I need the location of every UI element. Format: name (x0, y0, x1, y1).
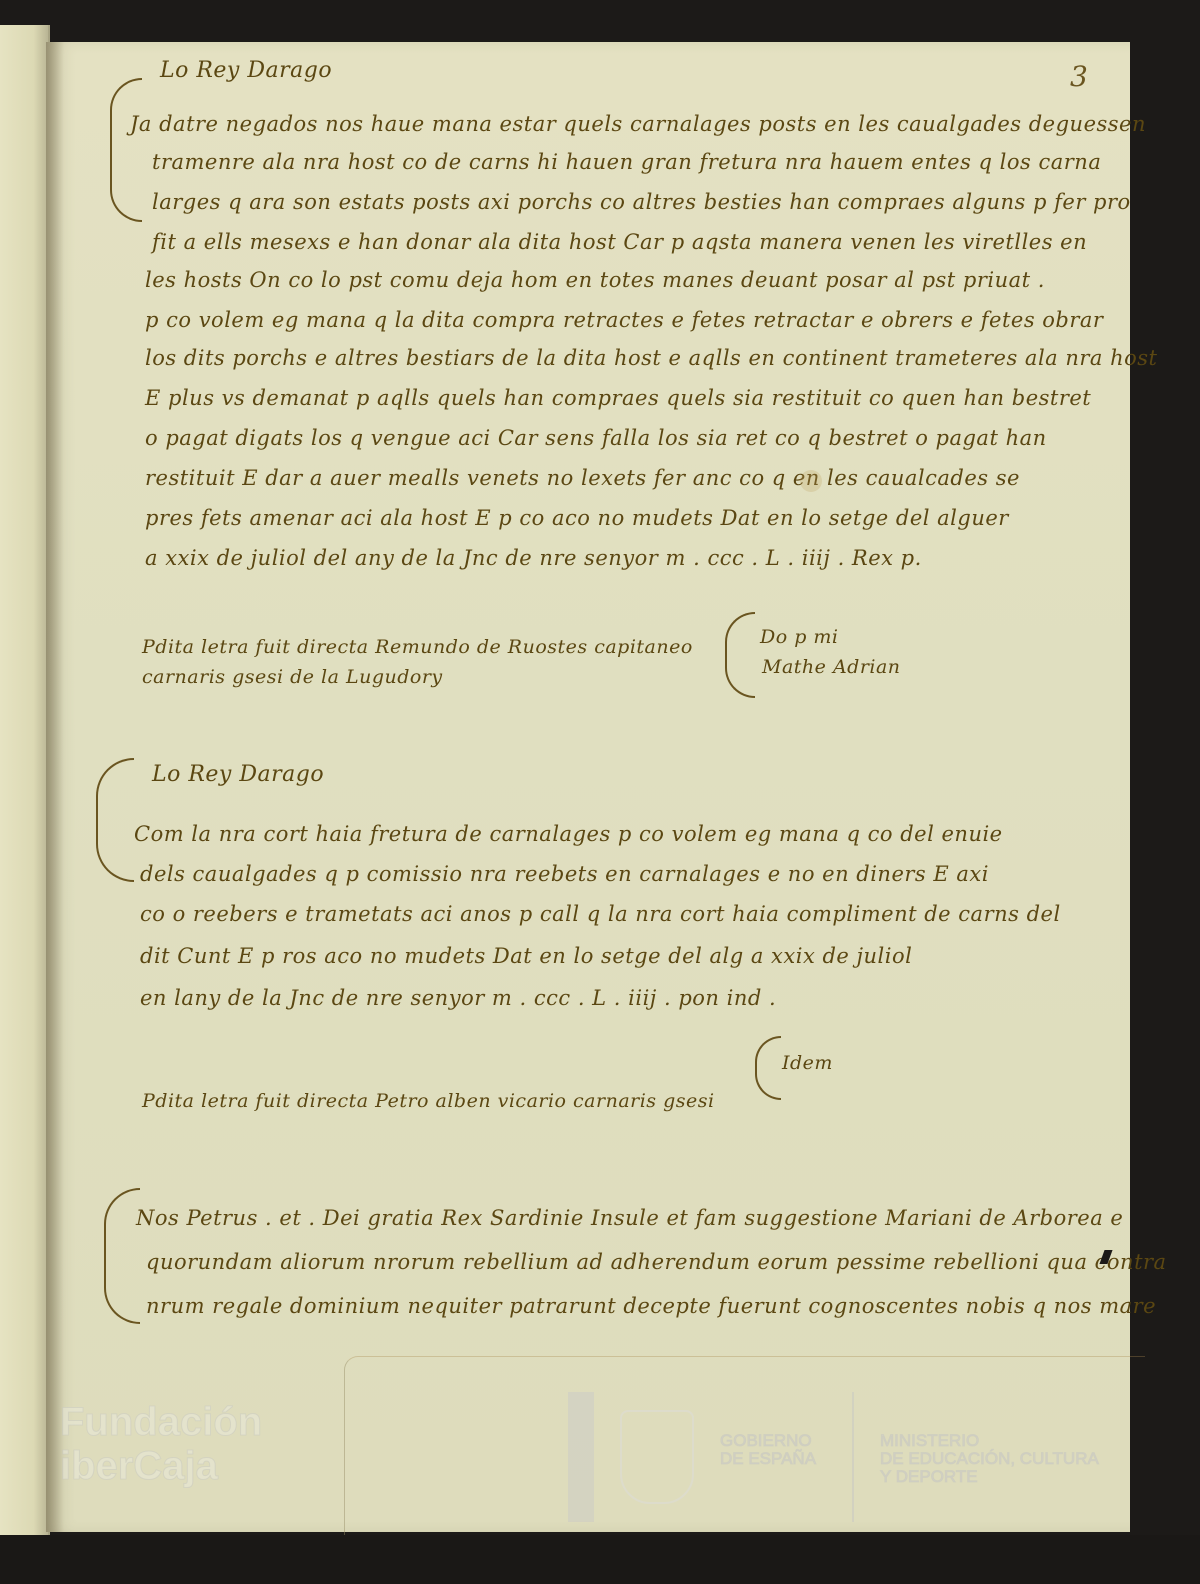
entry-2-line: en lany de la Jnc de nre senyor m . ccc … (140, 986, 776, 1010)
fundacion-ibercaja-watermark: Fundación iberCaja (60, 1400, 262, 1488)
entry-1-bracket (110, 78, 142, 222)
entry-1-line: los dits porchs e altres bestiars de la … (145, 346, 1158, 370)
folio-number: 3 (1070, 60, 1088, 93)
entry-2-addressee: Pdita letra fuit directa Petro alben vic… (142, 1090, 715, 1112)
watermark-ministry-line3: Y DEPORTE (880, 1468, 1099, 1486)
entry-3-line: Nos Petrus . et . Dei gratia Rex Sardini… (136, 1206, 1123, 1230)
watermark-government-line1: GOBIERNO (720, 1432, 816, 1450)
watermark-foundation-line1: Fundación (60, 1400, 262, 1444)
entry-1-line: p co volem eg mana q la dita compra retr… (145, 308, 1103, 332)
entry-1-addressee: carnaris gsesi de la Lugudory (142, 666, 443, 688)
entry-1-heading: Lo Rey Darago (160, 58, 332, 83)
entry-2-line: dit Cunt E p ros aco no mudets Dat en lo… (140, 944, 912, 968)
entry-1-line: tramenre ala nra host co de carns hi hau… (152, 150, 1101, 174)
entry-2-bracket (96, 758, 134, 882)
entry-2-line: dels caualgades q p comissio nra reebets… (140, 862, 989, 886)
entry-1-line: E plus vs demanat p aqlls quels han comp… (145, 386, 1091, 410)
scan-background-edge (0, 1535, 1200, 1584)
entry-1-line: restituit E dar a auer mealls venets no … (145, 466, 1020, 490)
coat-of-arms-icon (620, 1410, 694, 1504)
entry-1-line: pres fets amenar aci ala host E p co aco… (145, 506, 1009, 530)
gutter-shadow (46, 42, 64, 1532)
facing-page-edge (0, 25, 50, 1535)
entry-1-line: Ja datre negados nos haue mana estar que… (130, 112, 1146, 136)
entry-1-line: o pagat digats los q vengue aci Car sens… (145, 426, 1047, 450)
entry-2-heading: Lo Rey Darago (152, 762, 324, 787)
entry-3-line: nrum regale dominium nequiter patrarunt … (146, 1294, 1156, 1318)
entry-1-signature: Mathe Adrian (762, 656, 901, 678)
gobierno-watermark: GOBIERNO DE ESPAÑA (720, 1432, 816, 1468)
watermark-foundation-line2: iberCaja (60, 1444, 262, 1488)
entry-1-line: larges q ara son estats posts axi porchs… (152, 190, 1131, 214)
watermark-government-line2: DE ESPAÑA (720, 1450, 816, 1468)
entry-1-line: a xxix de juliol del any de la Jnc de nr… (145, 546, 922, 570)
entry-3-bracket (104, 1188, 140, 1324)
watermark-ministry-line1: MINISTERIO (880, 1432, 1099, 1450)
ministerio-watermark: MINISTERIO DE EDUCACIÓN, CULTURA Y DEPOR… (880, 1432, 1099, 1486)
entry-2-signature: Idem (782, 1052, 833, 1074)
entry-1-addressee: Pdita letra fuit directa Remundo de Ruos… (142, 636, 693, 658)
spain-flag-stripe-icon (568, 1392, 594, 1522)
entry-2-line: Com la nra cort haia fretura de carnalag… (134, 822, 1003, 846)
ink-stain (800, 470, 822, 492)
signature-1-bracket (725, 612, 755, 698)
entry-3-line: quorundam aliorum nrorum rebellium ad ad… (146, 1250, 1167, 1274)
entry-1-signature: Do p mi (760, 626, 839, 648)
entry-2-line: co o reebers e trametats aci anos p call… (140, 902, 1061, 926)
entry-1-line: les hosts On co lo pst comu deja hom en … (145, 268, 1045, 292)
watermark-ministry-line2: DE EDUCACIÓN, CULTURA (880, 1450, 1099, 1468)
watermark-divider (852, 1392, 854, 1522)
entry-1-line: fit a ells mesexs e han donar ala dita h… (152, 230, 1087, 254)
